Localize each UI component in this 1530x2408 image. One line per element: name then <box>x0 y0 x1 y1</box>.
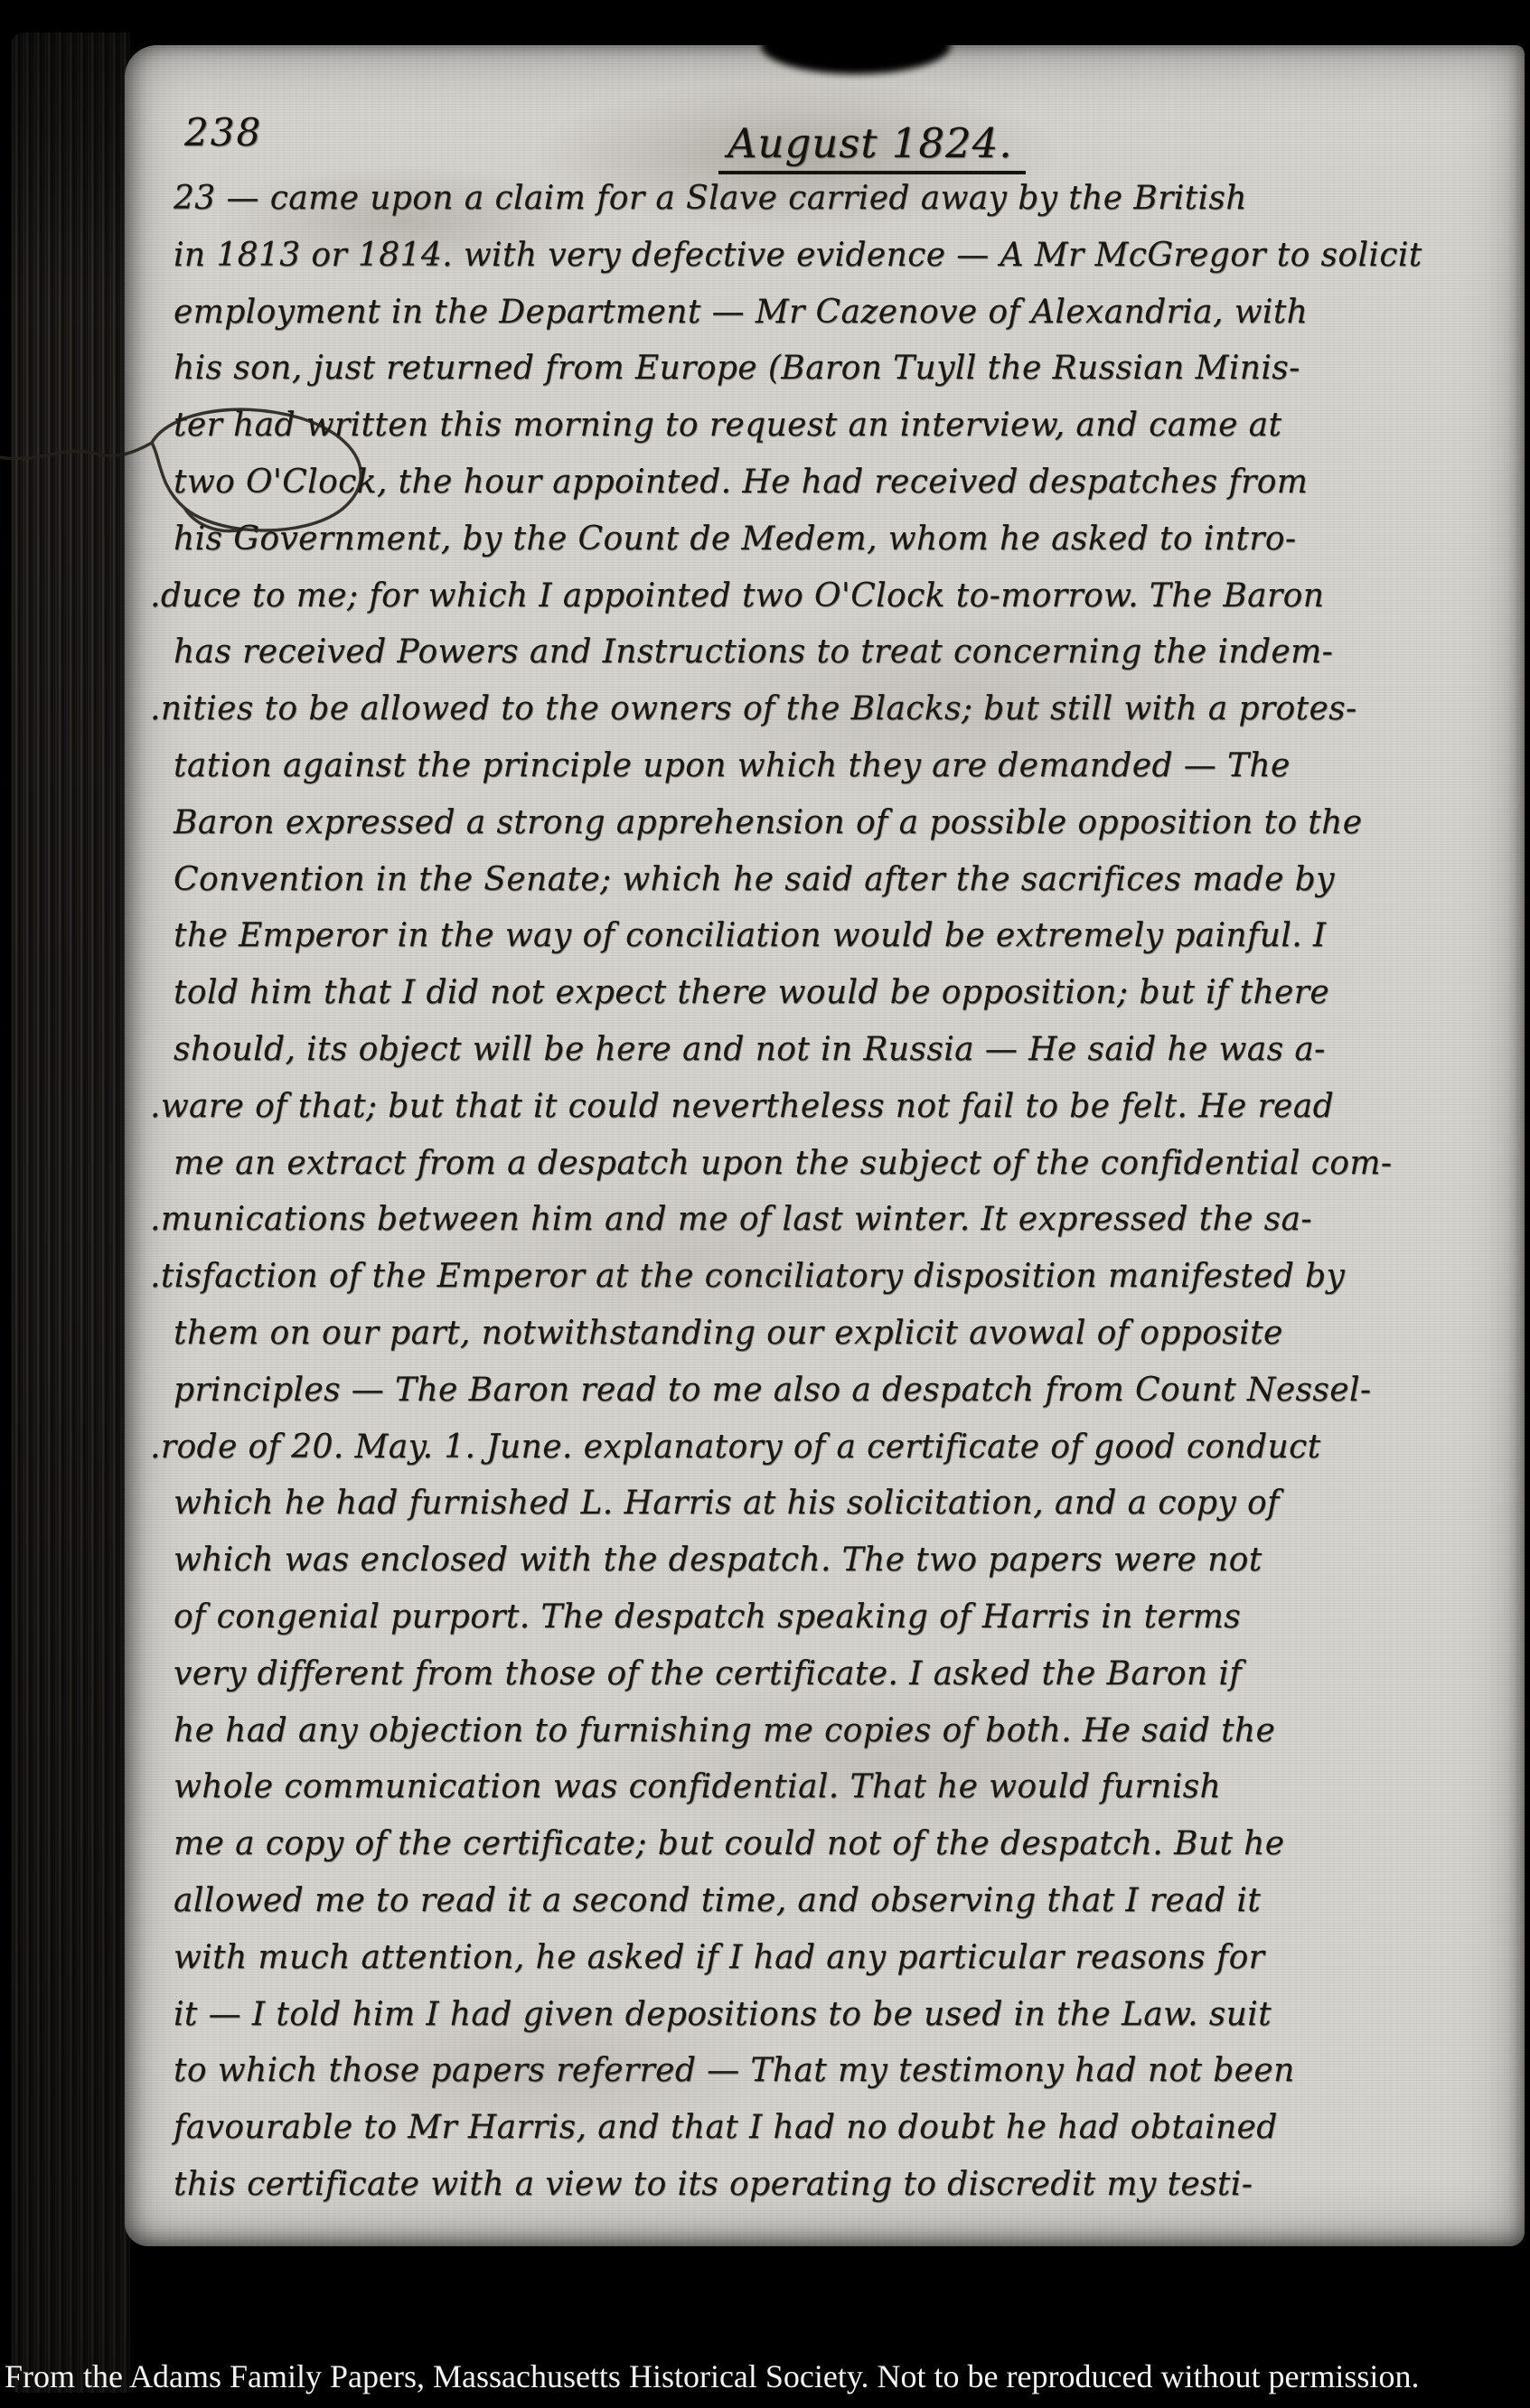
page-number: 238 <box>184 110 262 155</box>
manuscript-line: this certificate with a view to its oper… <box>174 2157 1486 2214</box>
manuscript-line: employment in the Department — Mr Cazeno… <box>174 285 1486 342</box>
manuscript-line: of congenial purport. The despatch speak… <box>174 1589 1486 1646</box>
manuscript-line: to which those papers referred — That my… <box>174 2043 1486 2100</box>
manuscript-line: his Government, by the Count de Medem, w… <box>174 511 1486 568</box>
manuscript-line: me a copy of the certificate; but could … <box>174 1816 1486 1873</box>
manuscript-line: favourable to Mr Harris, and that I had … <box>174 2100 1486 2157</box>
manuscript-line: me an extract from a despatch upon the s… <box>174 1136 1486 1193</box>
manuscript-line: .munications between him and me of last … <box>150 1192 1486 1249</box>
manuscript-line: which was enclosed with the despatch. Th… <box>174 1532 1486 1589</box>
manuscript-line: his son, just returned from Europe (Baro… <box>174 341 1486 398</box>
scan-shadow-blob <box>761 16 951 74</box>
manuscript-line: which he had furnished L. Harris at his … <box>174 1476 1486 1532</box>
manuscript-line: 23 — came upon a claim for a Slave carri… <box>174 171 1486 228</box>
manuscript-line: them on our part, notwithstanding our ex… <box>174 1306 1486 1363</box>
manuscript-lines: 23 — came upon a claim for a Slave carri… <box>174 171 1486 2214</box>
manuscript-line: .tisfaction of the Emperor at the concil… <box>150 1249 1486 1306</box>
manuscript-line: ter had written this morning to request … <box>174 398 1486 454</box>
manuscript-line: told him that I did not expect there wou… <box>174 965 1486 1022</box>
book-spine-edge <box>11 33 130 2393</box>
page-heading: August 1824. <box>718 119 1026 174</box>
manuscript-line: the Emperor in the way of conciliation w… <box>174 908 1486 965</box>
manuscript-line: Convention in the Senate; which he said … <box>174 852 1486 909</box>
manuscript-line: should, its object will be here and not … <box>174 1022 1486 1079</box>
manuscript-line: it — I told him I had given depositions … <box>174 1987 1486 2044</box>
manuscript-line: two O'Clock, the hour appointed. He had … <box>174 454 1486 511</box>
manuscript-line: Baron expressed a strong apprehension of… <box>174 795 1486 852</box>
manuscript-line: has received Powers and Instructions to … <box>174 624 1486 681</box>
manuscript-line: tation against the principle upon which … <box>174 738 1486 795</box>
manuscript-line: allowed me to read it a second time, and… <box>174 1873 1486 1930</box>
manuscript-line: .rode of 20. May. 1. June. explanatory o… <box>150 1420 1486 1476</box>
manuscript-line: whole communication was confidential. Th… <box>174 1759 1486 1816</box>
archive-credit-caption: From the Adams Family Papers, Massachuse… <box>5 2357 1527 2395</box>
manuscript-line: with much attention, he asked if I had a… <box>174 1930 1486 1987</box>
manuscript-line: very different from those of the certifi… <box>174 1646 1486 1703</box>
manuscript-line: principles — The Baron read to me also a… <box>174 1363 1486 1420</box>
manuscript-line: .duce to me; for which I appointed two O… <box>150 568 1486 625</box>
manuscript-line: .nities to be allowed to the owners of t… <box>150 681 1486 738</box>
manuscript-line: .ware of that; but that it could neverth… <box>150 1079 1486 1136</box>
manuscript-line: in 1813 or 1814. with very defective evi… <box>174 228 1486 285</box>
manuscript-line: he had any objection to furnishing me co… <box>174 1703 1486 1760</box>
scanned-page: 238 August 1824. 23 — came upon a claim … <box>0 0 1530 2408</box>
